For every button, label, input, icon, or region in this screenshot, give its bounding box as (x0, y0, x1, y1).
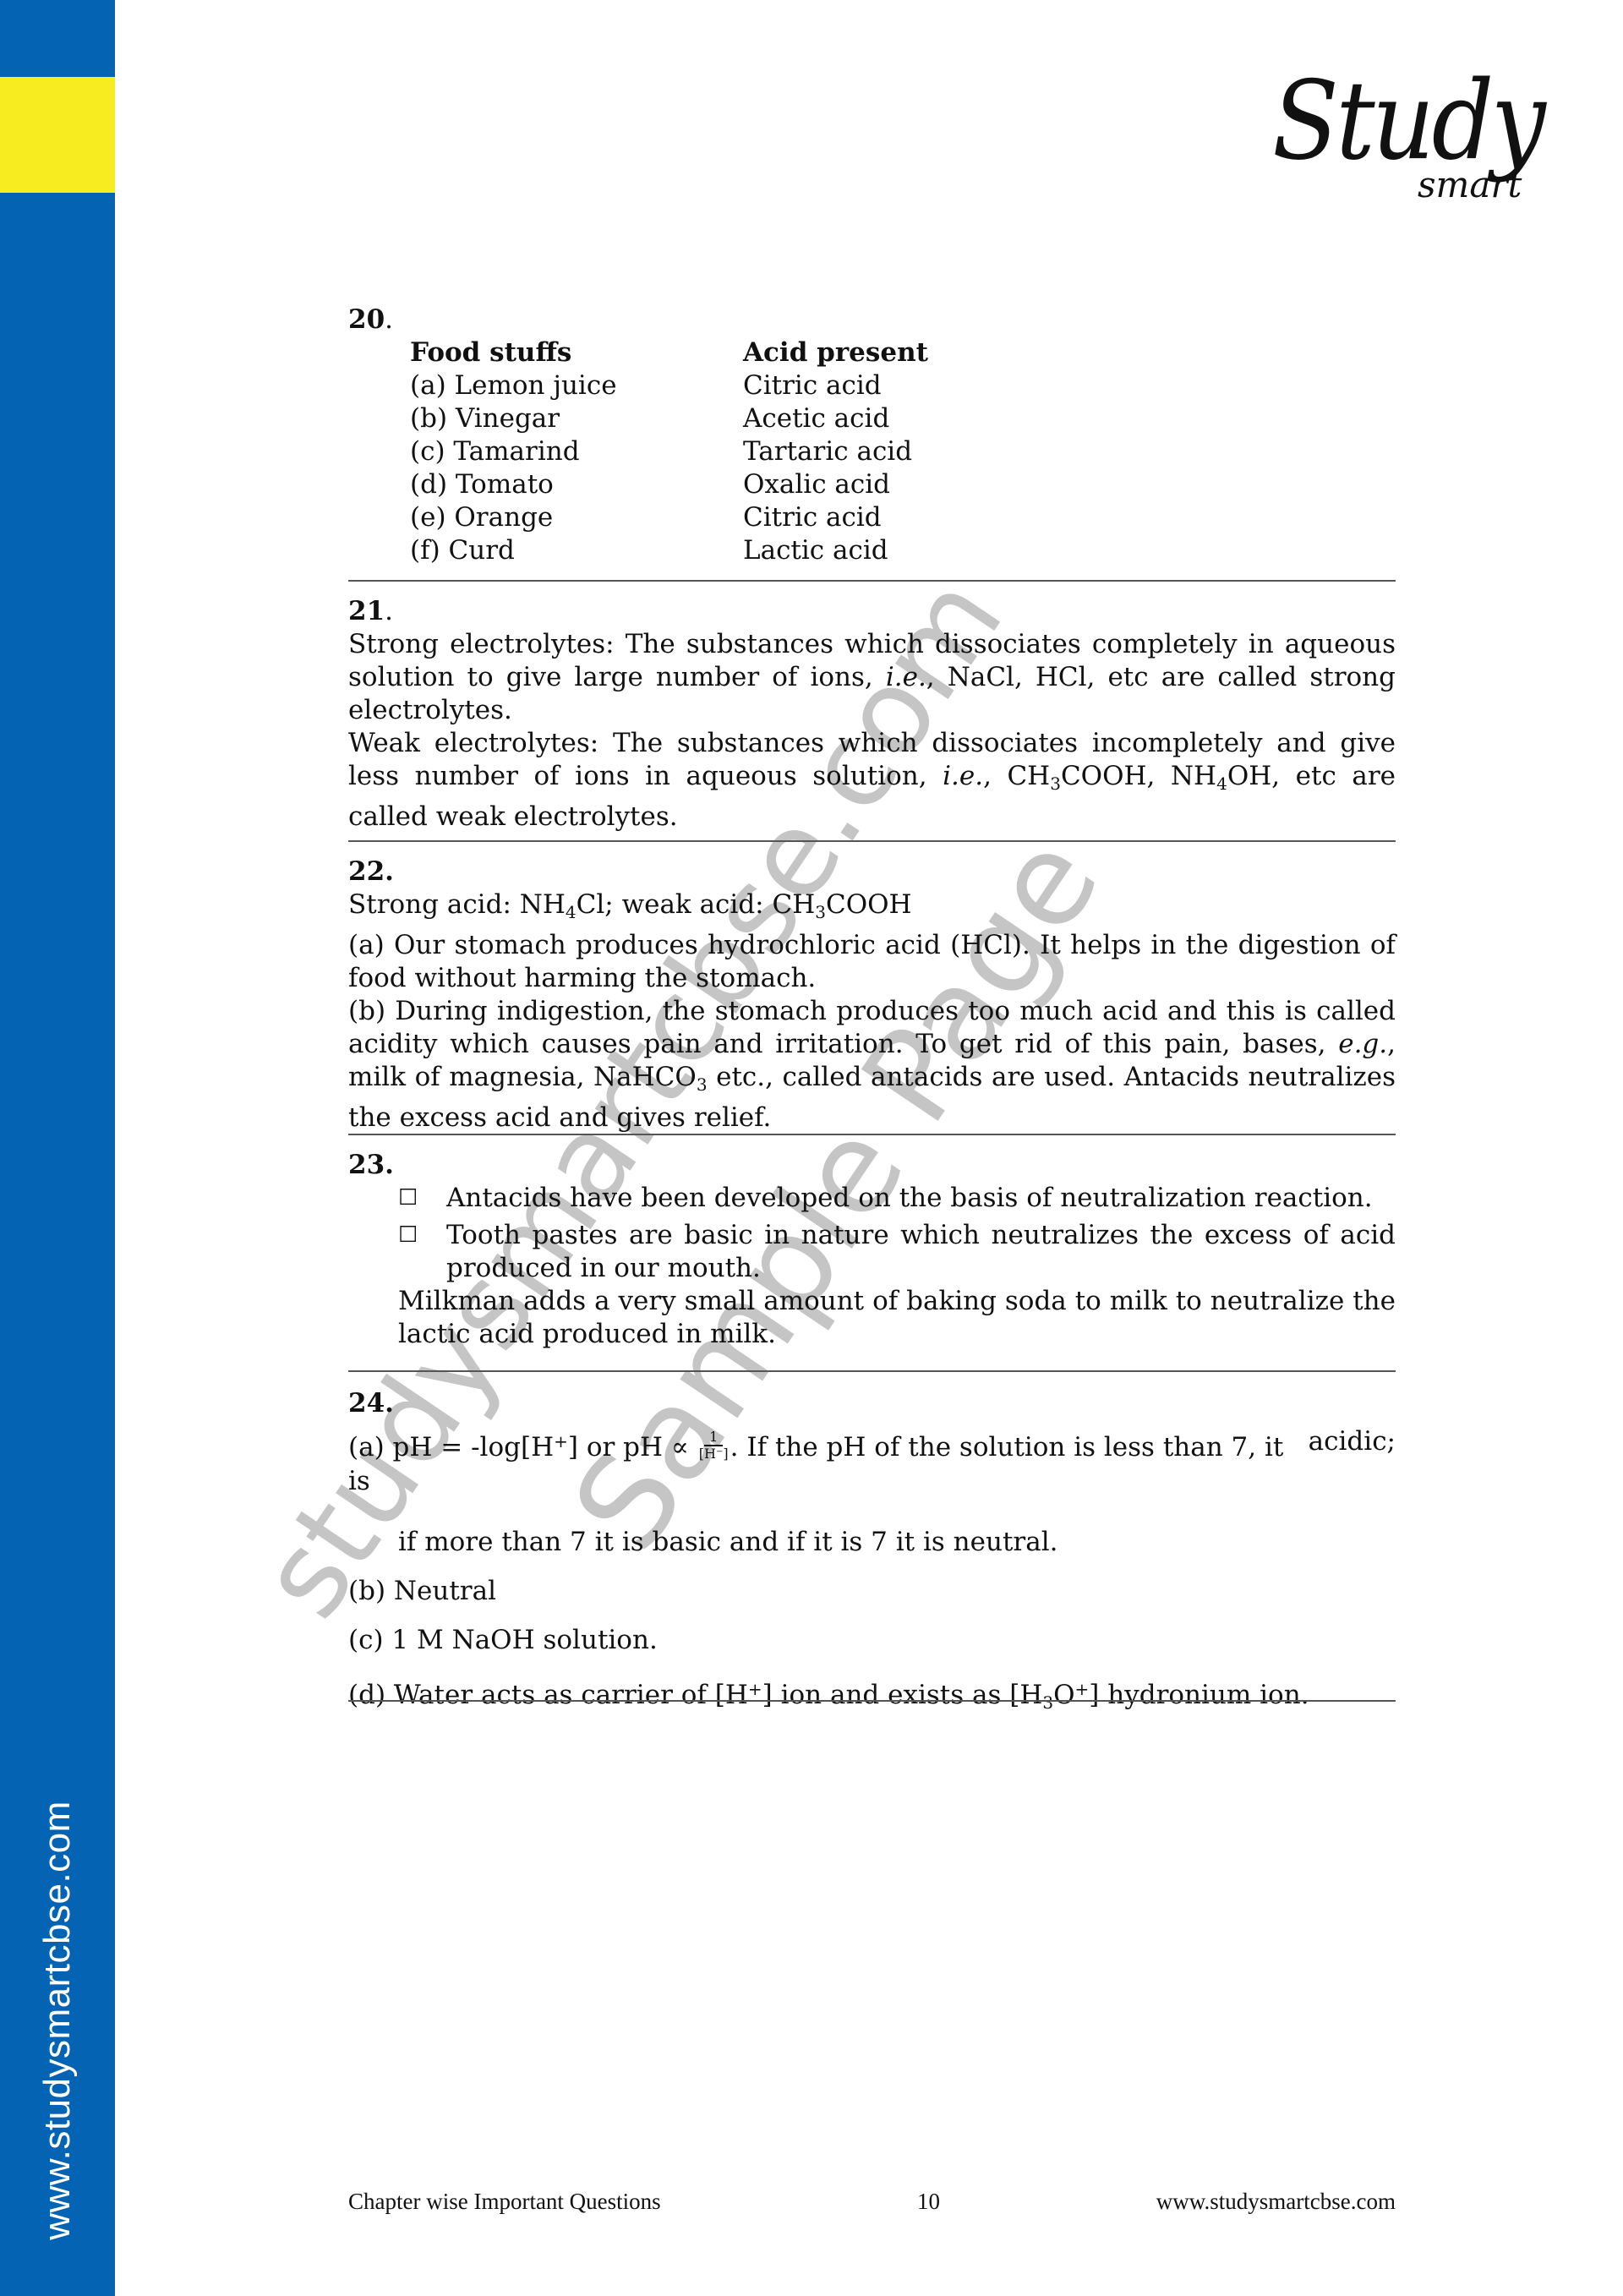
table-header: Food stuffs (410, 336, 743, 369)
part-a-text: (a) Our stomach produces hydrochloric ac… (348, 929, 1396, 995)
sidebar-band: www.studysmartcbse.com (0, 0, 115, 2296)
question-24: 24. (a) pH = -log[H+] or pH ∝ 1[H⁻]. If … (348, 1387, 1396, 1736)
study-smart-logo: Study smart (1272, 68, 1551, 224)
question-number: 20 (348, 304, 385, 335)
table-cell: Citric acid (743, 501, 1396, 534)
part-b-text: (b) During indigestion, the stomach prod… (348, 995, 1396, 1134)
fraction: 1[H⁻] (699, 1430, 729, 1462)
acid-strength-text: Strong acid: NH4Cl; weak acid: CH3COOH (348, 888, 1396, 929)
milkman-note: Milkman adds a very small amount of baki… (398, 1285, 1396, 1351)
table-cell: Acetic acid (743, 402, 1396, 435)
question-23: 23. ☐ Antacids have been developed on th… (348, 1149, 1396, 1351)
table-cell: (b) Vinegar (410, 402, 743, 435)
table-cell: (f) Curd (410, 534, 743, 567)
sidebar-accent-block (0, 77, 115, 193)
food-acid-table: Food stuffs Acid present (a) Lemon juice… (410, 336, 1396, 567)
strong-electrolytes-text: Strong electrolytes: The substances whic… (348, 628, 1396, 727)
table-cell: Lactic acid (743, 534, 1396, 567)
table-cell: Tartaric acid (743, 435, 1396, 468)
table-cell: (e) Orange (410, 501, 743, 534)
footer-url: www.studysmartcbse.com (1156, 2187, 1396, 2216)
table-cell: (a) Lemon juice (410, 369, 743, 402)
question-21: 21. Strong electrolytes: The substances … (348, 595, 1396, 834)
divider (348, 1134, 1396, 1135)
list-item: ☐ Antacids have been developed on the ba… (398, 1182, 1396, 1215)
table-cell: Citric acid (743, 369, 1396, 402)
logo-secondary-text: smart (1418, 167, 1522, 203)
divider (348, 1370, 1396, 1372)
question-20: 20. Food stuffs Acid present (a) Lemon j… (348, 303, 1396, 567)
part-a-text: (a) pH = -log[H+] or pH ∝ 1[H⁻]. If the … (348, 1425, 1396, 1498)
checkbox-square-icon: ☐ (398, 1182, 446, 1215)
table-cell: (c) Tamarind (410, 435, 743, 468)
question-number: 23 (348, 1150, 385, 1180)
part-c-text: (c) 1 M NaOH solution. (348, 1624, 1396, 1657)
divider (348, 1700, 1396, 1702)
page-number: 10 (917, 2187, 940, 2216)
question-number: 21 (348, 596, 385, 626)
part-a-continuation: if more than 7 it is basic and if it is … (398, 1526, 1396, 1559)
checkbox-square-icon: ☐ (398, 1219, 446, 1285)
proportional-symbol: ∝ (671, 1432, 689, 1462)
table-header: Acid present (743, 336, 1396, 369)
question-number: 22 (348, 856, 385, 887)
table-cell: (d) Tomato (410, 468, 743, 501)
part-d-text: (d) Water acts as carrier of [H+] ion an… (348, 1673, 1396, 1719)
footer-title: Chapter wise Important Questions (348, 2187, 661, 2216)
table-cell: Oxalic acid (743, 468, 1396, 501)
divider (348, 580, 1396, 582)
list-item: ☐ Tooth pastes are basic in nature which… (398, 1219, 1396, 1285)
question-number: 24 (348, 1388, 385, 1419)
question-22: 22. Strong acid: NH4Cl; weak acid: CH3CO… (348, 856, 1396, 1134)
sidebar-url: www.studysmartcbse.com (36, 1801, 79, 2240)
divider (348, 840, 1396, 842)
weak-electrolytes-text: Weak electrolytes: The substances which … (348, 727, 1396, 834)
logo-primary-text: Study (1272, 68, 1543, 176)
part-b-text: (b) Neutral (348, 1575, 1396, 1608)
